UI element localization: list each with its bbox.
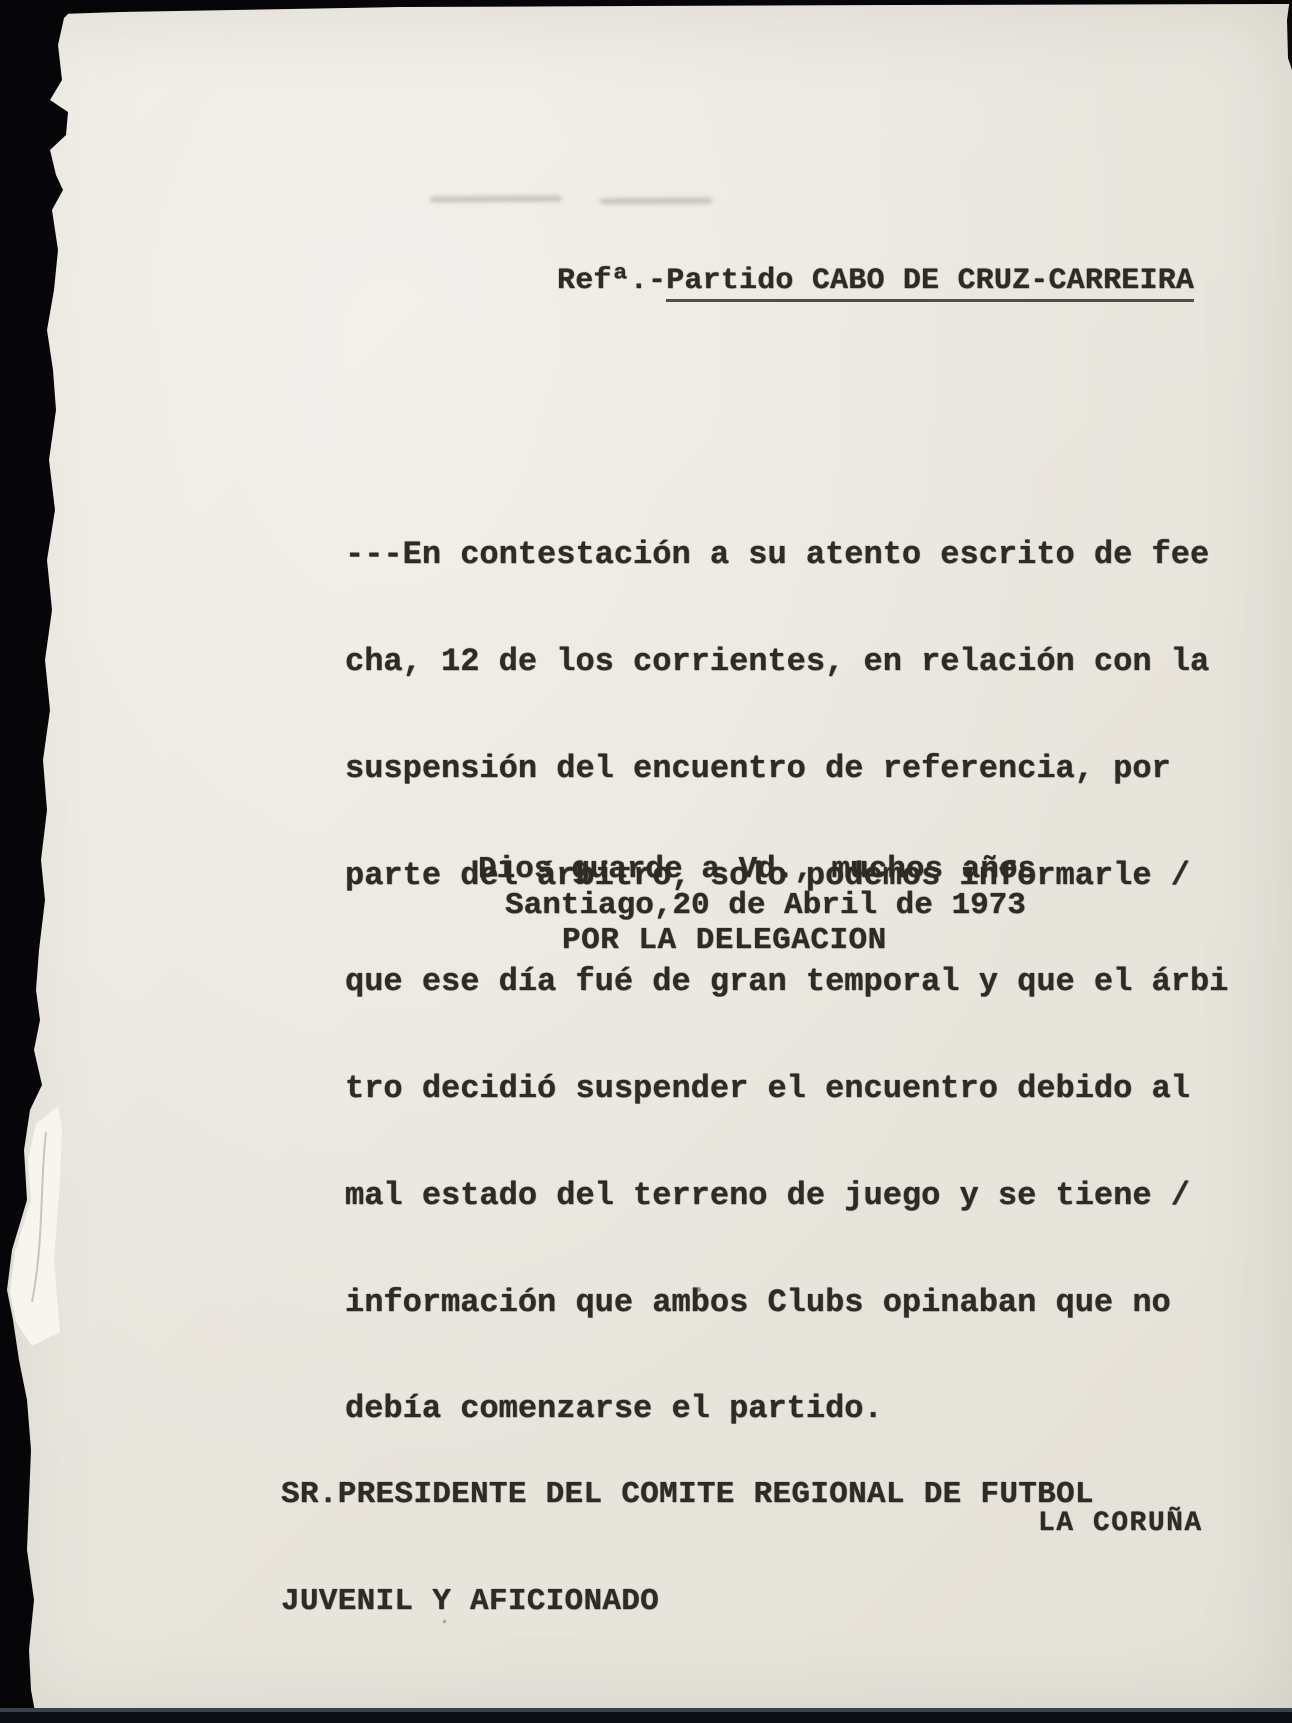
body-line: cha, 12 de los corrientes, en relación c… <box>345 644 1228 680</box>
body-line: que ese día fué de gran temporal y que e… <box>345 964 1228 1000</box>
closing-line-regards: Dios guarde a Vd., muchos años <box>478 852 1036 887</box>
place-line: LA CORUÑA <box>1038 1508 1203 1539</box>
reference-prefix: Refª.- <box>557 264 666 298</box>
closing-line-delegation: POR LA DELEGACION <box>562 923 887 958</box>
body-line: mal estado del terreno de juego y se tie… <box>345 1178 1228 1214</box>
addressee-line-1: SR.PRESIDENTE DEL COMITE REGIONAL DE FUT… <box>281 1477 1094 1513</box>
body-line: tro decidió suspender el encuentro debid… <box>345 1071 1228 1107</box>
reference-subject: Partido CABO DE CRUZ-CARREIRA <box>666 264 1194 302</box>
closing-line-date: Santiago,20 de Abril de 1973 <box>505 888 1026 923</box>
body-paragraph: ---En contestación a su atento escrito d… <box>345 466 1228 1498</box>
scanned-letter: Refª.-Partido CABO DE CRUZ-CARREIRA ---E… <box>0 0 1292 1723</box>
reference-line: Refª.-Partido CABO DE CRUZ-CARREIRA <box>557 264 1194 298</box>
faded-text-smudge <box>430 196 562 203</box>
body-line: información que ambos Clubs opinaban que… <box>345 1285 1228 1321</box>
addressee-block: SR.PRESIDENTE DEL COMITE REGIONAL DE FUT… <box>281 1406 1094 1690</box>
body-line: ---En contestación a su atento escrito d… <box>345 537 1228 573</box>
body-line: suspensión del encuentro de referencia, … <box>345 751 1228 787</box>
faded-text-smudge <box>600 198 712 205</box>
addressee-line-2: JUVENIL Y AFICIONADO <box>281 1584 1094 1620</box>
